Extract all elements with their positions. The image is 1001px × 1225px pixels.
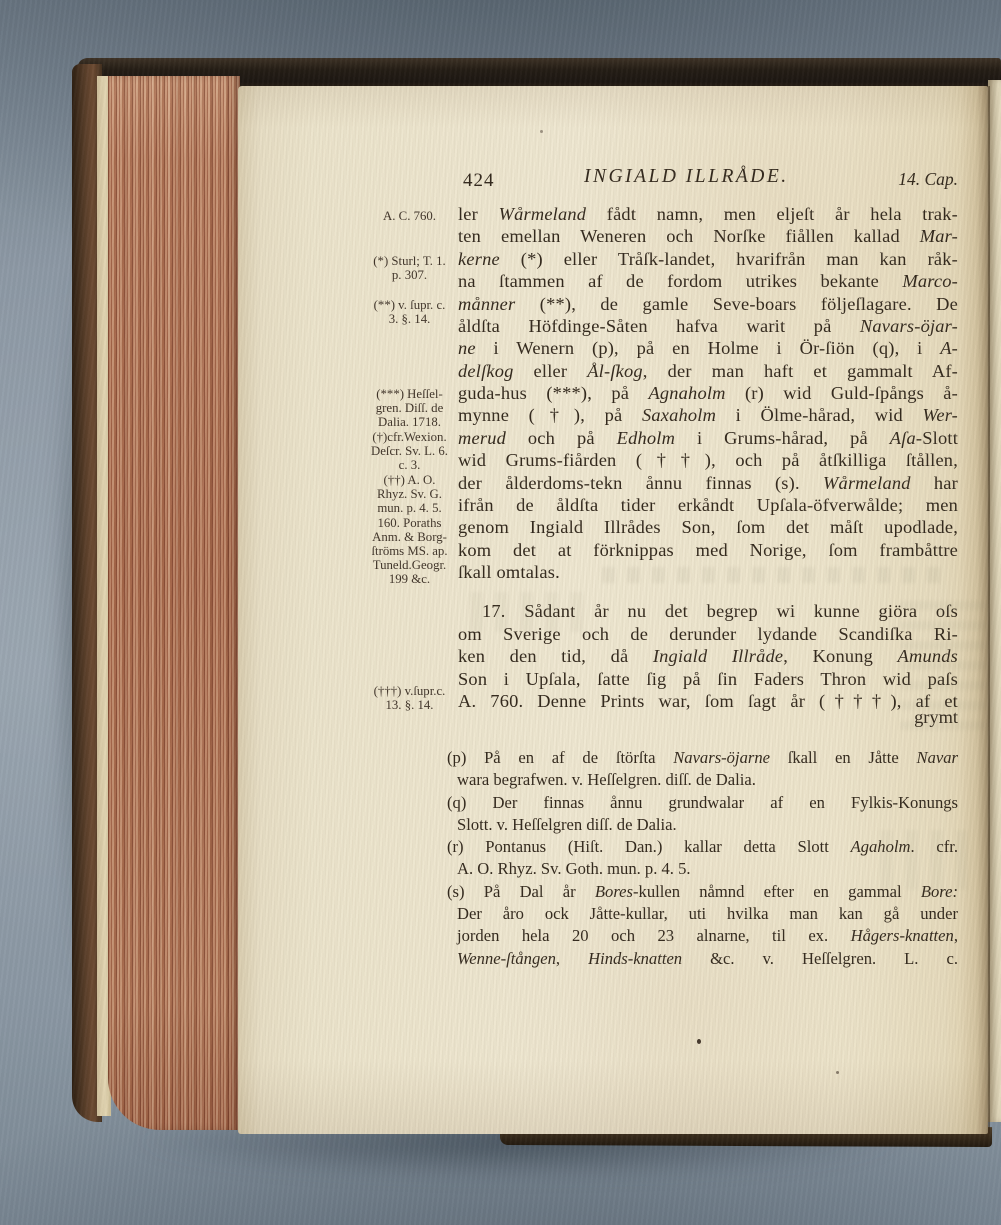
text-line: åldſta Höfdinge-Såten hafva warit på Nav… [458,315,958,337]
text-line: wara begrafwen. v. Heſſelgren. diſſ. de … [447,769,958,791]
text-line: Der åro ock Jåtte-kullar, uti hvilka man… [447,903,958,925]
text-line: ken den tid, då Ingiald Illråde, Konung … [458,645,958,667]
margin-note-3star: (***) Heſſel- gren. Diſſ. de Dalia. 1718… [362,387,457,430]
margin-note-year: A. C. 760. [362,209,457,223]
margin-note-2dagger: (††) A. O. Rhyz. Sv. G. mun. p. 4. 5. 16… [362,473,457,587]
text-line: Slott. v. Heſſelgren diſſ. de Dalia. [447,814,958,836]
chapter-label: 14. Cap. [858,169,958,190]
text-line: 17. Sådant år nu det begrep wi kunne giö… [458,600,958,622]
text-line: ſkall omtalas. [458,561,958,583]
paper-speck [697,1039,701,1044]
text-line: der ålderdoms-tekn ånnu finnas (s). Wårm… [458,472,958,494]
text-line: mynne (†), på Saxaholm i Ölme-hårad, wid… [458,404,958,426]
text-line: na ſtammen af de fordom utrikes bekante … [458,270,958,292]
page-number: 424 [463,170,495,192]
text-line: kom det at förknippas med Norige, ſom fr… [458,539,958,561]
text-line: Wenne-ſtången, Hinds-knatten &c. v. Heſſ… [447,948,958,970]
text-line: jorden hela 20 och 23 alnarne, til ex. H… [447,925,958,947]
margin-note-star: (*) Sturl; T. 1. p. 307. [362,254,457,282]
running-title: INGIALD ILLRÅDE. [584,166,789,188]
footnotes-block: (p) På en af de ſtörſta Navars-öjarne ſk… [447,747,958,970]
text-line: ne i Wenern (p), på en Holme i Ör-ſiön (… [458,337,958,359]
text-line: guda-hus (***), på Agnaholm (r) wid Guld… [458,382,958,404]
text-line: genom Ingiald Illrådes Son, ſom det måſt… [458,516,958,538]
text-line: ler Wårmeland fådt namn, men eljeſt år h… [458,203,958,225]
text-line: wid Grums-fiården (††), och på åtſkillig… [458,449,958,471]
text-line: kerne (*) eller Tråſk-landet, hvarifrån … [458,248,958,270]
catchword: grymt [458,707,958,728]
paper-speck [836,1071,839,1074]
text-line: ten emellan Weneren och Norſke fiållen k… [458,225,958,247]
text-line: om Sverige och de derunder lydande Scand… [458,623,958,645]
text-line: (r) Pontanus (Hiſt. Dan.) kallar detta S… [447,836,958,858]
text-line: ifrån de åldſta tider erkåndt Upſala-öfv… [458,494,958,516]
margin-note-3dagger: (†††) v.ſupr.c. 13. §. 14. [362,684,457,712]
text-line: Son i Upſala, ſatte ſig på ſin Faders Th… [458,668,958,690]
text-line: A. O. Rhyz. Sv. Goth. mun. p. 4. 5. [447,858,958,880]
text-line: (q) Der finnas ånnu grundwalar af en Fyl… [447,792,958,814]
text-line: månner (**), de gamle Seve-boars följeſl… [458,293,958,315]
paper-speck [540,130,543,133]
printed-page-content: 424 INGIALD ILLRÅDE. 14. Cap. A. C. 760.… [0,0,1001,1225]
text-line: merud och på Edholm i Grums-hårad, på Aſ… [458,427,958,449]
text-line: (p) På en af de ſtörſta Navars-öjarne ſk… [447,747,958,769]
main-text-block: ler Wårmeland fådt namn, men eljeſt år h… [458,203,958,712]
text-line: delſkog eller Ål-ſkog, der man haft et g… [458,360,958,382]
margin-note-2star: (**) v. ſupr. c. 3. §. 14. [362,298,457,326]
photo-of-open-book: 424 INGIALD ILLRÅDE. 14. Cap. A. C. 760.… [0,0,1001,1225]
text-line: (s) På Dal år Bores-kullen nåmnd efter e… [447,881,958,903]
margin-note-dagger: (†)cfr.Wexion. Deſcr. Sv. L. 6. c. 3. [362,430,457,473]
